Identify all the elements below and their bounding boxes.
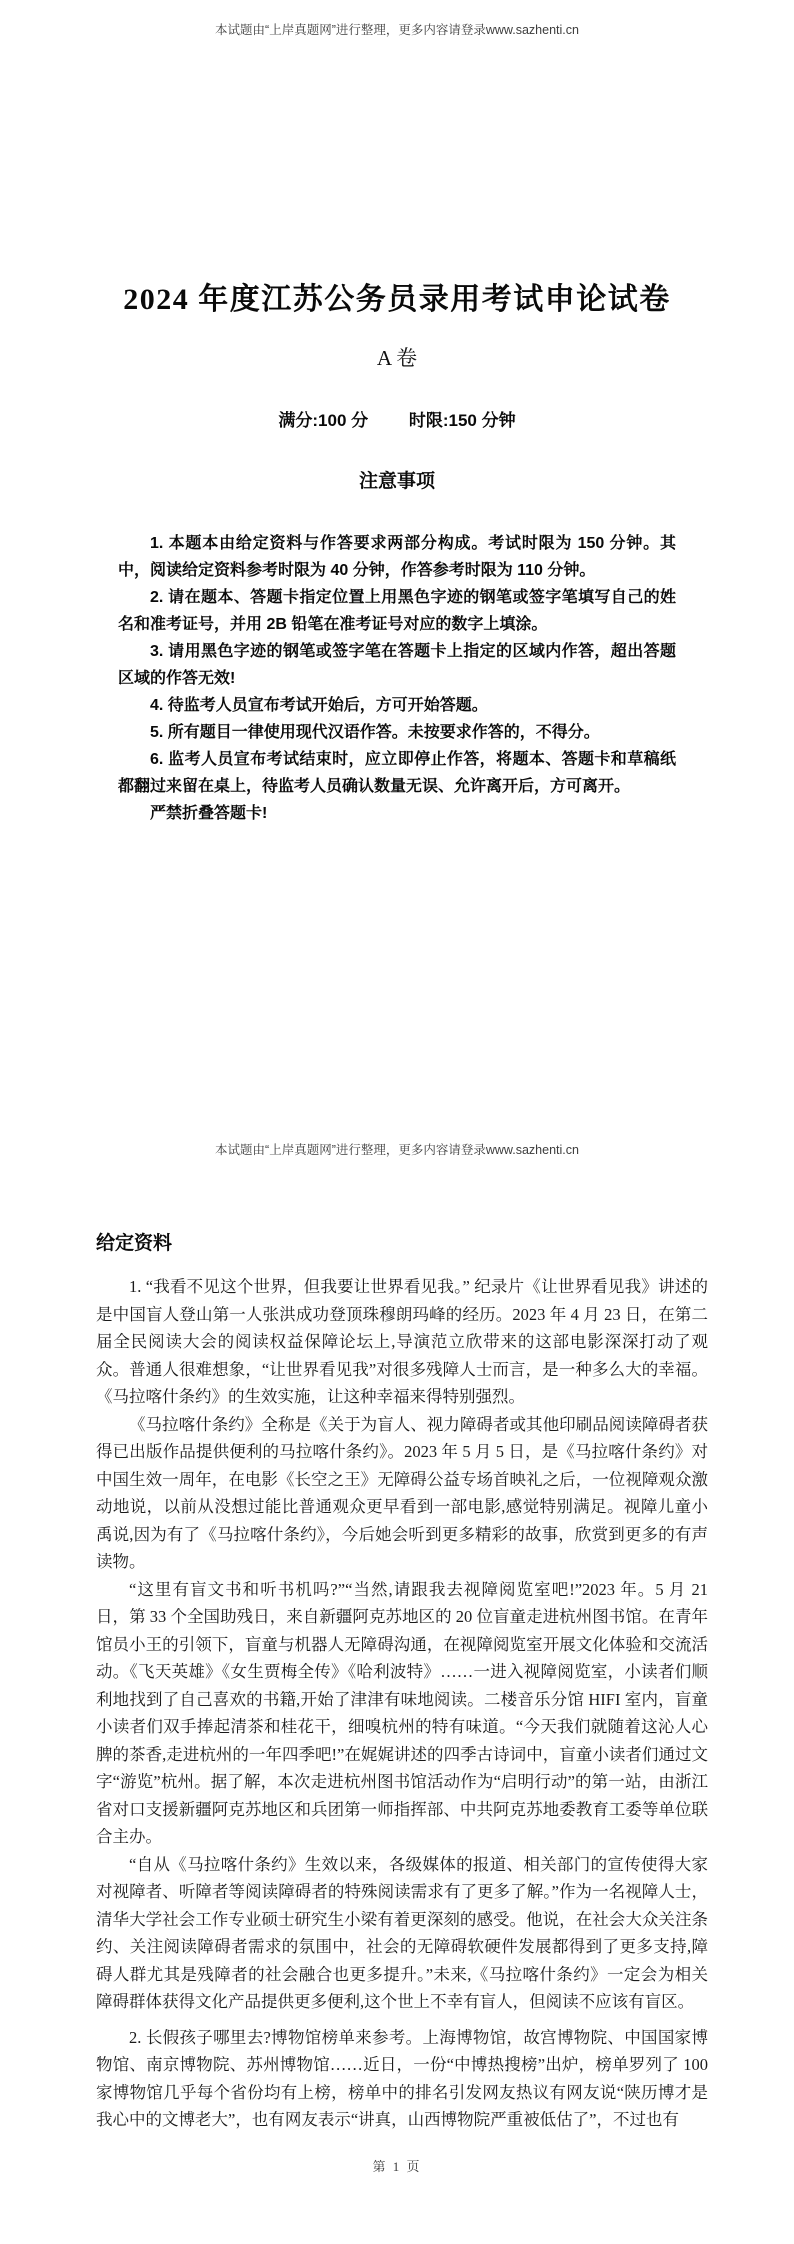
full-score-label: 满分:100 分	[278, 409, 368, 433]
material-paragraph-3: “这里有盲文书和听书机吗?”“当然,请跟我去视障阅览室吧!”2023 年。5 月…	[96, 1576, 708, 1851]
material-paragraph-2: 《马拉喀什条约》全称是《关于为盲人、视力障碍者或其他印刷品阅读障碍者获得已出版作…	[96, 1411, 708, 1576]
materials-heading: 给定资料	[96, 1230, 794, 1257]
site-note-top: 本试题由“上岸真题网”进行整理，更多内容请登录www.sazhenti.cn	[0, 0, 794, 39]
site-note-middle: 本试题由“上岸真题网”进行整理，更多内容请登录www.sazhenti.cn	[0, 1142, 794, 1159]
material-paragraph-4: “自从《马拉喀什条约》生效以来，各级媒体的报道、相关部门的宣传使得大家对视障者、…	[96, 1851, 708, 2016]
material-paragraph-5: 2. 长假孩子哪里去?博物馆榜单来参考。上海博物馆，故宫博物院、中国国家博物馆、…	[96, 2024, 708, 2134]
notice-item-4: 4. 待监考人员宣布考试开始后，方可开始答题。	[118, 692, 676, 719]
notice-item-3: 3. 请用黑色字迹的钢笔或签字笔在答题卡上指定的区域内作答，超出答题区域的作答无…	[118, 638, 676, 692]
time-limit-label: 时限:150 分钟	[409, 409, 516, 433]
exam-title: 2024 年度江苏公务员录用考试申论试卷	[0, 282, 794, 318]
notice-item-6: 6. 监考人员宣布考试结束时，应立即停止作答，将题本、答题卡和草稿纸都翻过来留在…	[118, 746, 676, 800]
notice-item-5: 5. 所有题目一律使用现代汉语作答。未按要求作答的，不得分。	[118, 719, 676, 746]
notice-list: 1. 本题本由给定资料与作答要求两部分构成。考试时限为 150 分钟。其中，阅读…	[118, 530, 676, 827]
page-number: 第 1 页	[0, 2158, 794, 2176]
paper-version-label: A 卷	[0, 345, 794, 371]
notice-title: 注意事项	[0, 468, 794, 495]
warning-note: 严禁折叠答题卡!	[118, 800, 676, 827]
notice-item-1: 1. 本题本由给定资料与作答要求两部分构成。考试时限为 150 分钟。其中，阅读…	[118, 530, 676, 584]
notice-item-2: 2. 请在题本、答题卡指定位置上用黑色字迹的钢笔或签字笔填写自己的姓名和准考证号…	[118, 584, 676, 638]
materials-body: 1. “我看不见这个世界，但我要让世界看见我。” 纪录片《让世界看见我》讲述的是…	[96, 1273, 708, 2134]
material-paragraph-1: 1. “我看不见这个世界，但我要让世界看见我。” 纪录片《让世界看见我》讲述的是…	[96, 1273, 708, 1411]
document-page: 本试题由“上岸真题网”进行整理，更多内容请登录www.sazhenti.cn 2…	[0, 0, 794, 2244]
exam-limits: 满分:100 分 时限:150 分钟	[0, 409, 794, 433]
